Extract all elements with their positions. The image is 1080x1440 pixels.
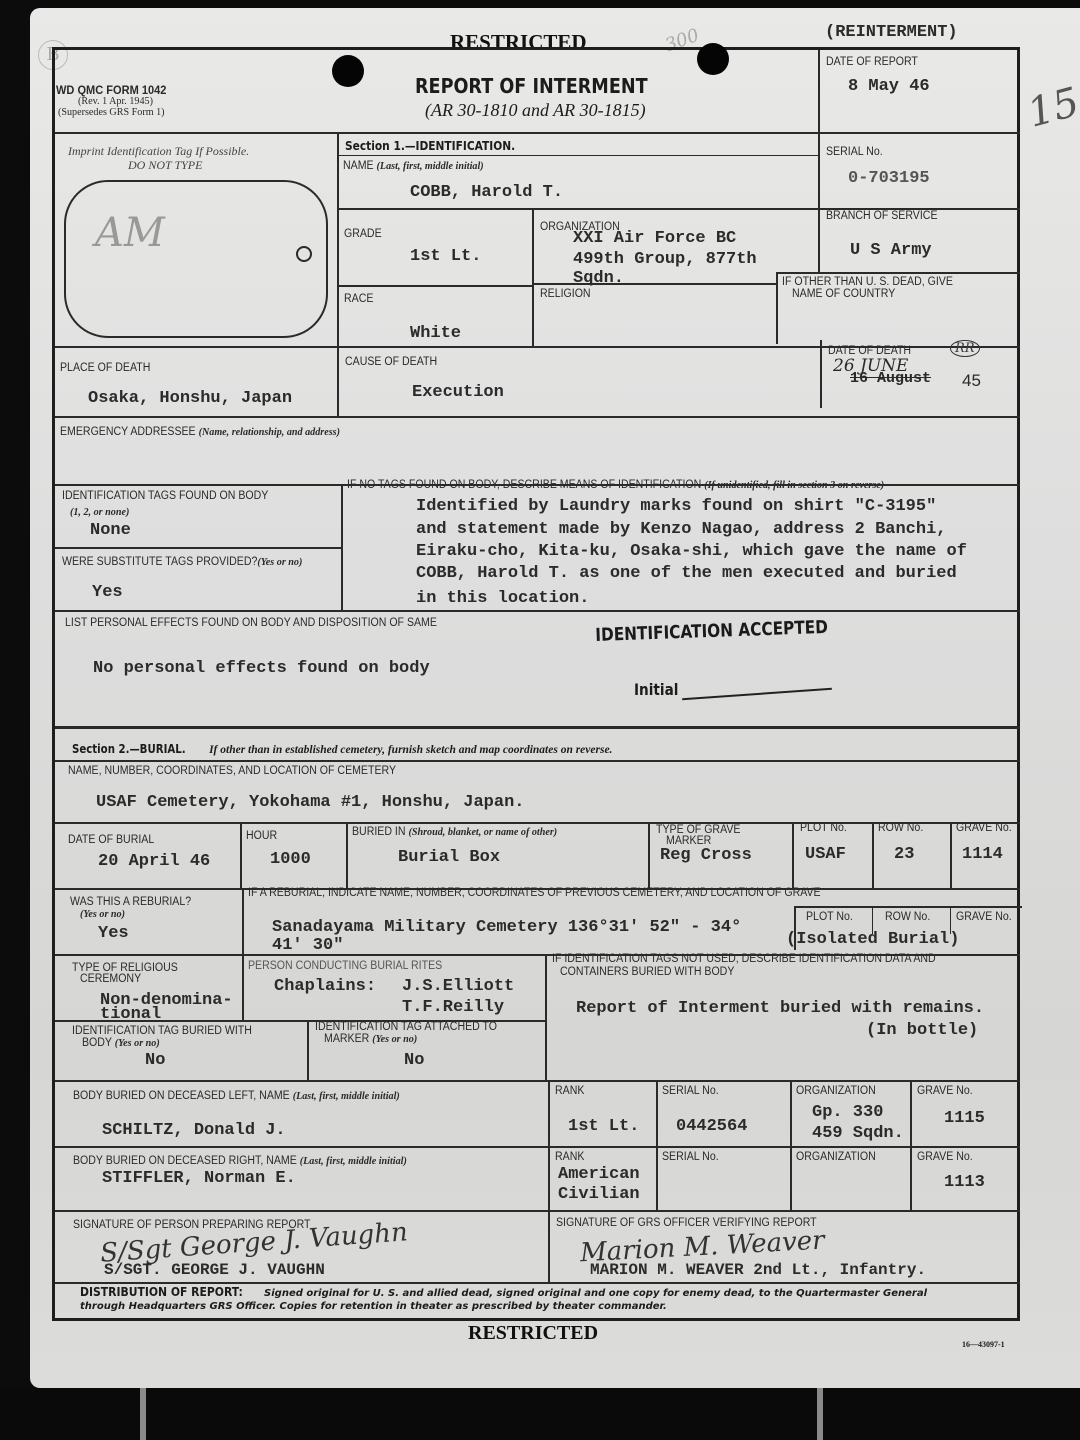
punch-hole-right	[697, 43, 729, 75]
place-of-death: Osaka, Honshu, Japan	[88, 388, 292, 409]
left-body-name: SCHILTZ, Donald J.	[102, 1120, 286, 1141]
substitute-tags: Yes	[92, 582, 123, 603]
place-of-death-label: PLACE OF DEATH	[60, 362, 150, 374]
other-country-label: IF OTHER THAN U. S. DEAD, GIVE	[782, 276, 953, 288]
cause-of-death: Execution	[412, 382, 504, 403]
prev-row-label: ROW No.	[885, 911, 930, 923]
grave: 1114	[962, 844, 1003, 865]
other-country-label-2: NAME OF COUNTRY	[792, 288, 895, 300]
section2-heading: Section 2.—BURIAL. If other than in esta…	[72, 742, 612, 756]
buried-in-label: BURIED IN (Shroud, blanket, or name of o…	[352, 826, 557, 839]
serial-number: 0-703195	[848, 168, 930, 189]
section1-heading: Section 1.—IDENTIFICATION.	[345, 138, 515, 153]
left-serial-label: SERIAL No.	[662, 1085, 719, 1097]
reburial-label: WAS THIS A REBURIAL?	[70, 896, 191, 908]
verifier-typed-name: MARION M. WEAVER 2nd Lt., Infantry.	[590, 1260, 926, 1280]
containers-line-1: Report of Interment buried with remains.	[576, 998, 984, 1019]
ceremony-label-2: CEREMONY	[80, 973, 141, 985]
previous-cemetery-label: IF A REBURIAL, INDICATE NAME, NUMBER, CO…	[248, 887, 821, 899]
reburial: Yes	[98, 923, 129, 944]
tags-found-label: IDENTIFICATION TAGS FOUND ON BODY	[62, 490, 268, 502]
tag-marker-label-2: MARKER (Yes or no)	[324, 1033, 417, 1046]
rites-name-1: J.S.Elliott	[402, 976, 514, 997]
background-post-right	[817, 1388, 823, 1440]
left-serial: 0442564	[676, 1116, 747, 1137]
left-grave-label: GRAVE No.	[917, 1085, 973, 1097]
form-subtitle: (AR 30-1810 and AR 30-1815)	[425, 100, 646, 121]
background-post-left	[140, 1388, 146, 1440]
grade-label: GRADE	[344, 228, 382, 240]
right-grave-label: GRAVE No.	[917, 1151, 973, 1163]
left-org-line-2: 459 Sqdn.	[812, 1123, 904, 1144]
rites-prefix: Chaplains:	[274, 976, 376, 997]
buried-in: Burial Box	[398, 847, 500, 868]
means-line-3: Eiraku-cho, Kita-ku, Osaka-shi, which ga…	[416, 541, 967, 562]
means-line-5: in this location.	[416, 588, 589, 609]
effects-label: LIST PERSONAL EFFECTS FOUND ON BODY AND …	[65, 617, 437, 629]
left-rank: 1st Lt.	[568, 1116, 639, 1137]
tag-buried-label: IDENTIFICATION TAG BURIED WITH	[72, 1025, 252, 1037]
date-of-death-initials: RR	[950, 340, 980, 357]
religion-label: RELIGION	[540, 288, 591, 300]
left-rank-label: RANK	[555, 1085, 584, 1097]
containers-label-2: CONTAINERS BURIED WITH BODY	[560, 966, 734, 978]
tag-marker-label: IDENTIFICATION TAG ATTACHED TO	[315, 1021, 497, 1033]
punch-hole-left	[332, 55, 364, 87]
dog-tag-hole	[296, 246, 312, 262]
means-line-2: and statement made by Kenzo Nagao, addre…	[416, 519, 947, 540]
organization-line-3: Sqdn.	[573, 268, 624, 289]
means-line-1: Identified by Laundry marks found on shi…	[416, 496, 936, 517]
left-grave: 1115	[944, 1108, 985, 1129]
rites-name-2: T.F.Reilly	[402, 997, 504, 1018]
distribution-note: DISTRIBUTION OF REPORT: Signed original …	[80, 1286, 927, 1312]
date-of-burial-label: DATE OF BURIAL	[68, 834, 154, 846]
grade: 1st Lt.	[410, 246, 481, 267]
means-label: IF NO TAGS FOUND ON BODY, DESCRIBE MEANS…	[347, 479, 884, 492]
print-code: 16—43097-1	[962, 1340, 1005, 1349]
plot-label: PLOT No.	[800, 822, 847, 834]
plot: USAF	[805, 844, 846, 865]
cemetery-label: NAME, NUMBER, COORDINATES, AND LOCATION …	[68, 765, 396, 777]
form-supersedes: (Supersedes GRS Form 1)	[58, 107, 165, 119]
date-of-death-struck: 16 August	[850, 370, 931, 389]
ceremony-line-2: tional	[100, 1004, 161, 1025]
race: White	[410, 323, 461, 344]
tag-marker: No	[404, 1050, 424, 1071]
right-rank-label: RANK	[555, 1151, 584, 1163]
right-rank-line-1: American	[558, 1164, 640, 1185]
hour: 1000	[270, 849, 311, 870]
grave-label: GRAVE No.	[956, 822, 1012, 834]
emergency-label: EMERGENCY ADDRESSEE (Name, relationship,…	[60, 426, 340, 439]
containers-line-2: (In bottle)	[866, 1020, 978, 1041]
prev-grave-label: GRAVE No.	[956, 911, 1012, 923]
reinterment-note: (REINTERMENT)	[825, 22, 958, 43]
right-org-label: ORGANIZATION	[796, 1151, 876, 1163]
form-title: REPORT OF INTERMENT	[415, 74, 648, 98]
prev-plot-label: PLOT No.	[806, 911, 853, 923]
containers-label: IF IDENTIFICATION TAGS NOT USED, DESCRIB…	[552, 953, 936, 965]
row: 23	[894, 844, 914, 865]
grave-marker: Reg Cross	[660, 845, 752, 866]
tags-found-hint: (1, 2, or none)	[70, 506, 129, 519]
personal-effects: No personal effects found on body	[93, 658, 430, 679]
right-body-label: BODY BURIED ON DECEASED RIGHT, NAME (Las…	[73, 1155, 407, 1168]
rites-label: PERSON CONDUCTING BURIAL RITES	[248, 960, 442, 972]
previous-burial-note: (Isolated Burial)	[786, 929, 959, 950]
tag-instruction-type: DO NOT TYPE	[128, 158, 202, 173]
reburial-hint: (Yes or no)	[80, 908, 125, 921]
left-org-label: ORGANIZATION	[796, 1085, 876, 1097]
date-of-death-year: 45	[962, 370, 981, 391]
cemetery: USAF Cemetery, Yokohama #1, Honshu, Japa…	[96, 792, 524, 813]
tag-handwriting: AM	[95, 210, 165, 256]
substitute-tags-label: WERE SUBSTITUTE TAGS PROVIDED?(Yes or no…	[62, 556, 302, 569]
tag-buried: No	[145, 1050, 165, 1071]
classification-bottom: RESTRICTED	[468, 1322, 598, 1345]
race-label: RACE	[344, 293, 373, 305]
means-line-4: COBB, Harold T. as one of the men execut…	[416, 563, 957, 584]
name-label: NAME (Last, first, middle initial)	[343, 160, 484, 173]
left-body-label: BODY BURIED ON DECEASED LEFT, NAME (Last…	[73, 1090, 400, 1103]
background-bottom	[0, 1388, 1080, 1440]
organization-line-1: XXI Air Force BC	[573, 228, 736, 249]
tags-found: None	[90, 520, 131, 541]
left-org-line-1: Gp. 330	[812, 1102, 883, 1123]
right-grave: 1113	[944, 1172, 985, 1193]
right-rank-line-2: Civilian	[558, 1184, 640, 1205]
right-serial-label: SERIAL No.	[662, 1151, 719, 1163]
initial-label: Initial	[634, 680, 678, 699]
date-of-burial: 20 April 46	[98, 851, 210, 872]
right-body-name: STIFFLER, Norman E.	[102, 1168, 296, 1189]
date-of-report-label: DATE OF REPORT	[826, 56, 918, 68]
tag-buried-label-2: BODY (Yes or no)	[82, 1037, 160, 1050]
deceased-name: COBB, Harold T.	[410, 182, 563, 203]
branch-of-service: U S Army	[850, 240, 932, 261]
tag-instruction: Imprint Identification Tag If Possible.	[68, 144, 249, 159]
preparer-typed-name: S/SGT. GEORGE J. VAUGHN	[104, 1260, 325, 1280]
dog-tag-outline	[64, 180, 328, 338]
date-of-report: 8 May 46	[848, 76, 930, 97]
row-label: ROW No.	[878, 822, 923, 834]
hour-label: HOUR	[246, 830, 277, 842]
cause-of-death-label: CAUSE OF DEATH	[345, 356, 437, 368]
branch-label: BRANCH OF SERVICE	[826, 210, 938, 222]
serial-label: SERIAL No.	[826, 146, 883, 158]
